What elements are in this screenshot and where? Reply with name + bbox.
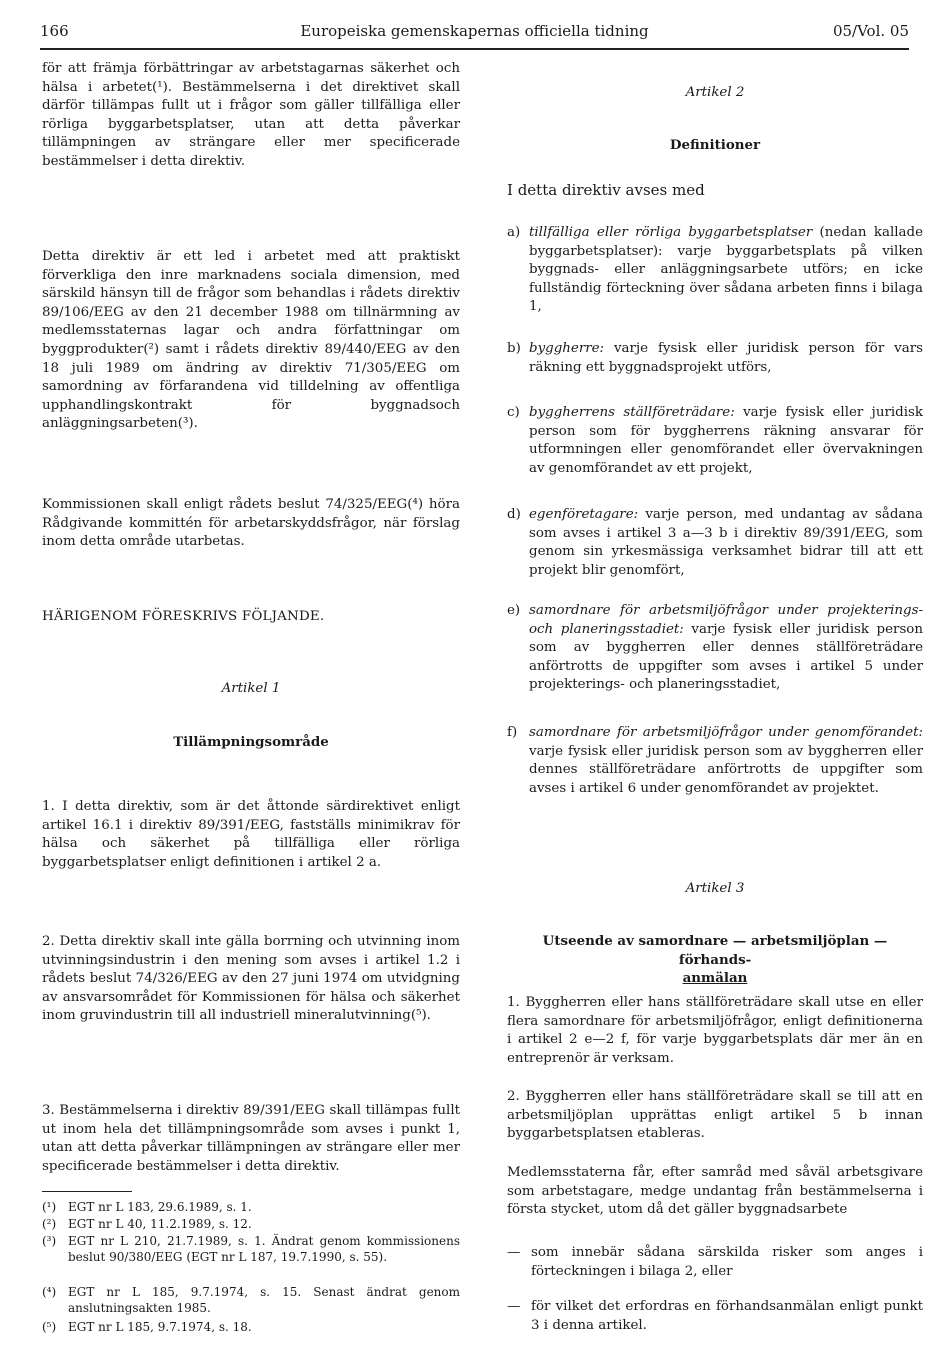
article-3-paragraph-1: 1. Byggherren eller hans ställföreträdar…: [507, 994, 923, 1068]
article-1-paragraph-3: 3. Bestämmelserna i direktiv 89/391/EEG …: [42, 1102, 460, 1176]
article-1-paragraph-2: 2. Detta direktiv skall inte gälla borrn…: [42, 933, 460, 1026]
article-1-paragraph-1: 1. I detta direktiv, som är det åttonde …: [42, 798, 460, 872]
enacting-formula: HÄRIGENOM FÖRESKRIVS FÖLJANDE.: [42, 608, 460, 627]
definition-term: egenföretagare:: [529, 507, 638, 522]
volume-label: 05/Vol. 05: [833, 22, 909, 40]
footnote-2: (²) EGT nr L 40, 11.2.1989, s. 12.: [42, 1217, 460, 1233]
definition-b: b) byggherre: varje fysisk eller juridis…: [507, 340, 923, 377]
definition-label: f): [507, 724, 529, 743]
journal-title: Europeiska gemenskapernas officiella tid…: [40, 22, 909, 40]
footnote-marker: (⁴): [42, 1285, 56, 1301]
footnote-5: (⁵) EGT nr L 185, 9.7.1974, s. 18.: [42, 1320, 460, 1336]
left-column: för att främja förbättringar av arbetsta…: [42, 60, 460, 1360]
intro-paragraph: för att främja förbättringar av arbetsta…: [42, 60, 460, 172]
definition-text: varje fysisk eller juridisk person som a…: [529, 744, 923, 796]
article-2-intro: I detta direktiv avses med: [507, 181, 923, 200]
footnote-4: (⁴) EGT nr L 185, 9.7.1974, s. 15. Senas…: [42, 1285, 460, 1316]
footnote-text: EGT nr L 183, 29.6.1989, s. 1.: [68, 1200, 460, 1216]
recital-paragraph: Detta direktiv är ett led i arbetet med …: [42, 248, 460, 434]
article-1-heading: Tillämpningsområde: [42, 733, 460, 752]
article-3-title: Artikel 3: [507, 880, 923, 899]
definition-term: tillfälliga eller rörliga byggarbetsplat…: [529, 225, 812, 240]
page-header: 166 Europeiska gemenskapernas officiella…: [40, 22, 909, 46]
header-divider: [40, 48, 909, 50]
right-column: Artikel 2 Definitioner I detta direktiv …: [507, 60, 923, 1360]
article-3-heading: Utseende av samordnare — arbetsmiljöplan…: [507, 932, 923, 988]
article-2-title: Artikel 2: [507, 84, 923, 103]
footnote-text: EGT nr L 40, 11.2.1989, s. 12.: [68, 1217, 460, 1233]
definition-label: a): [507, 224, 529, 243]
definition-term: byggherre:: [529, 341, 604, 356]
definition-f: f) samordnare för arbetsmiljöfrågor unde…: [507, 724, 923, 798]
article-3-heading-line-1: Utseende av samordnare — arbetsmiljöplan…: [507, 932, 923, 969]
definition-label: b): [507, 340, 529, 359]
article-3-paragraph-2: 2. Byggherren eller hans ställföreträdar…: [507, 1088, 923, 1144]
article-3-heading-line-2: anmälan: [683, 970, 748, 986]
footnote-text: EGT nr L 210, 21.7.1989, s. 1. Ändrat ge…: [68, 1234, 460, 1265]
footnote-marker: (³): [42, 1234, 56, 1250]
footnote-divider: [42, 1191, 132, 1192]
dash-text: för vilket det erfordras en förhandsanmä…: [531, 1298, 923, 1335]
dash-text: som innebär sådana särskilda risker som …: [531, 1244, 923, 1281]
footnote-marker: (²): [42, 1217, 56, 1233]
definition-d: d) egenföretagare: varje person, med und…: [507, 506, 923, 580]
dash-item-2: — för vilket det erfordras en förhandsan…: [507, 1298, 923, 1335]
commission-paragraph: Kommissionen skall enligt rådets beslut …: [42, 496, 460, 552]
dash-marker: —: [507, 1244, 520, 1263]
footnote-text: EGT nr L 185, 9.7.1974, s. 18.: [68, 1320, 460, 1336]
footnote-marker: (¹): [42, 1200, 56, 1216]
article-2-heading: Definitioner: [507, 136, 923, 155]
definition-label: c): [507, 404, 529, 423]
footnote-1: (¹) EGT nr L 183, 29.6.1989, s. 1.: [42, 1200, 460, 1216]
definition-term: byggherrens ställföreträdare:: [529, 405, 735, 420]
definition-c: c) byggherrens ställföreträdare: varje f…: [507, 404, 923, 478]
definition-label: d): [507, 506, 529, 525]
article-1-title: Artikel 1: [42, 680, 460, 699]
footnote-3: (³) EGT nr L 210, 21.7.1989, s. 1. Ändra…: [42, 1234, 460, 1265]
article-3-paragraph-3: Medlemsstaterna får, efter samråd med så…: [507, 1164, 923, 1220]
dash-marker: —: [507, 1298, 520, 1317]
definition-label: e): [507, 602, 529, 621]
footnote-marker: (⁵): [42, 1320, 56, 1336]
definition-e: e) samordnare för arbetsmiljöfrågor unde…: [507, 602, 923, 695]
definition-term: samordnare för arbetsmiljöfrågor under g…: [529, 725, 923, 740]
dash-item-1: — som innebär sådana särskilda risker so…: [507, 1244, 923, 1281]
footnote-text: EGT nr L 185, 9.7.1974, s. 15. Senast än…: [68, 1285, 460, 1316]
definition-a: a) tillfälliga eller rörliga byggarbetsp…: [507, 224, 923, 317]
